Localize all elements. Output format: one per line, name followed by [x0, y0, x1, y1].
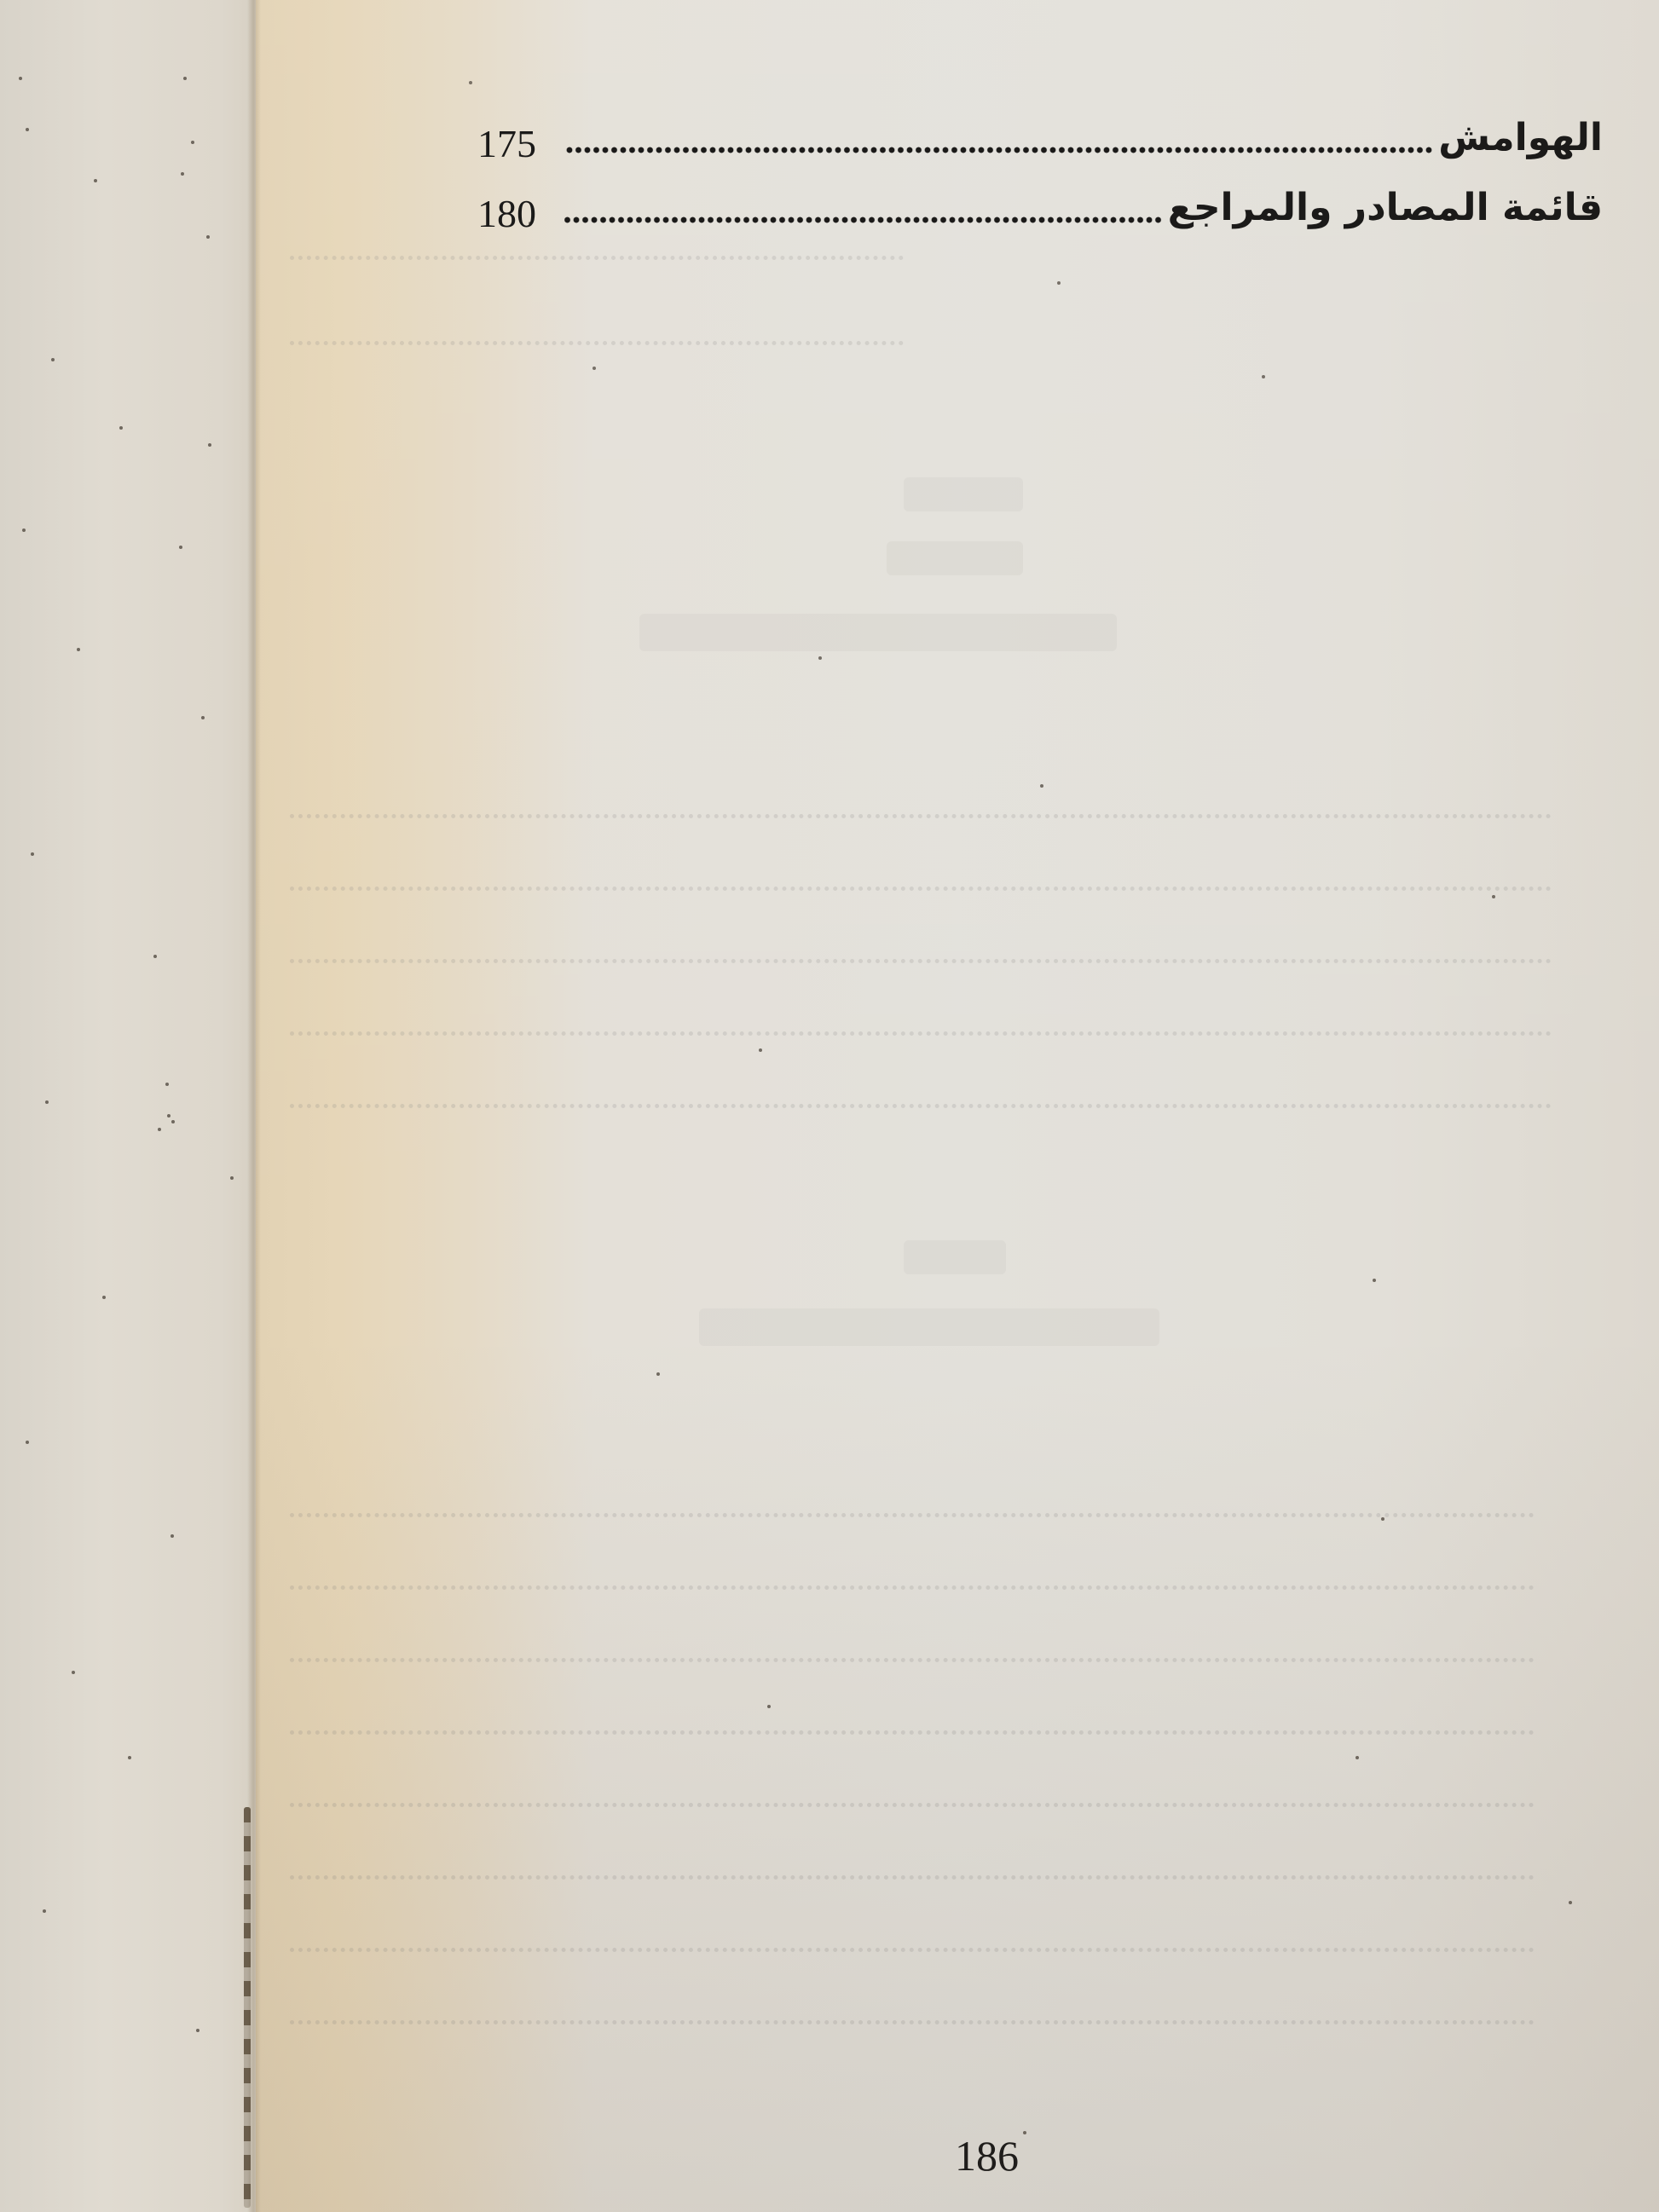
table-of-contents: الهوامش 175 قائمة المصادر والمراجع 180 — [477, 102, 1603, 242]
bleed-through-leader — [290, 2020, 1535, 2024]
paper-speck — [51, 358, 55, 361]
paper-speck — [167, 1114, 171, 1118]
bleed-through-heading — [639, 614, 1117, 651]
dot-leader — [564, 147, 1433, 153]
paper-speck — [208, 443, 211, 447]
paper-speck — [1569, 1901, 1572, 1904]
paper-speck — [759, 1048, 762, 1052]
paper-speck — [1492, 895, 1495, 898]
bleed-through-leader — [290, 256, 904, 260]
bleed-through-leader — [290, 814, 1552, 818]
toc-entry-notes[interactable]: الهوامش 175 — [477, 102, 1603, 172]
paper-speck — [19, 77, 22, 80]
paper-speck — [1381, 1517, 1384, 1521]
bleed-through-leader — [290, 959, 1552, 963]
bleed-through-heading — [699, 1308, 1159, 1346]
page-number: 186 — [955, 2131, 1019, 2180]
paper-speck — [171, 1534, 174, 1538]
bleed-through-leader — [290, 1513, 1535, 1517]
paper-speck — [26, 1441, 29, 1444]
bleed-through-leader — [290, 1658, 1535, 1662]
paper-speck — [767, 1705, 771, 1708]
bleed-through-leader — [290, 1803, 1535, 1807]
paper-speck — [102, 1296, 106, 1299]
binding-edge-worn — [244, 1807, 251, 2208]
paper-speck — [1373, 1279, 1376, 1282]
paper-speck — [153, 955, 157, 958]
bleed-through-leader — [290, 1948, 1535, 1952]
paper-speck — [201, 716, 205, 719]
previous-page-edge — [0, 0, 260, 2212]
paper-speck — [72, 1671, 75, 1674]
paper-speck — [1356, 1756, 1359, 1759]
book-page — [256, 0, 1659, 2212]
paper-speck — [45, 1100, 49, 1104]
paper-speck — [230, 1176, 234, 1180]
paper-speck — [818, 656, 822, 660]
paper-speck — [22, 528, 26, 532]
paper-speck — [31, 852, 34, 856]
paper-speck — [179, 546, 182, 549]
toc-entry-title: الهوامش — [1438, 119, 1603, 172]
bleed-through-leader — [290, 1031, 1552, 1036]
bleed-through-leader — [290, 1585, 1535, 1590]
paper-speck — [196, 2029, 199, 2032]
bleed-through-leader — [290, 887, 1552, 891]
paper-speck — [181, 172, 184, 176]
bleed-through-heading — [904, 477, 1023, 511]
paper-speck — [43, 1909, 46, 1913]
bleed-through-leader — [290, 1875, 1535, 1880]
paper-speck — [183, 77, 187, 80]
bleed-through-heading — [904, 1240, 1006, 1274]
bleed-through-leader — [290, 341, 904, 345]
toc-entry-page: 175 — [477, 124, 559, 172]
paper-speck — [1057, 281, 1061, 285]
paper-speck — [128, 1756, 131, 1759]
toc-entry-title: قائمة المصادر والمراجع — [1168, 189, 1603, 242]
paper-speck — [191, 141, 194, 144]
paper-speck — [119, 426, 123, 430]
paper-speck — [1023, 2131, 1026, 2134]
paper-speck — [206, 235, 210, 239]
paper-speck — [77, 648, 80, 651]
bleed-through-leader — [290, 1730, 1535, 1735]
paper-speck — [94, 179, 97, 182]
paper-speck — [171, 1120, 175, 1123]
paper-speck — [1040, 784, 1043, 788]
paper-speck — [656, 1372, 660, 1376]
toc-entry-bibliography[interactable]: قائمة المصادر والمراجع 180 — [477, 172, 1603, 242]
paper-speck — [165, 1083, 169, 1086]
bleed-through-leader — [290, 1104, 1552, 1108]
paper-speck — [26, 128, 29, 131]
dot-leader — [564, 217, 1163, 223]
paper-speck — [158, 1128, 161, 1131]
bleed-through-heading — [887, 541, 1023, 575]
paper-speck — [1262, 375, 1265, 378]
paper-speck — [469, 81, 472, 84]
toc-entry-page: 180 — [477, 194, 559, 242]
paper-speck — [592, 367, 596, 370]
